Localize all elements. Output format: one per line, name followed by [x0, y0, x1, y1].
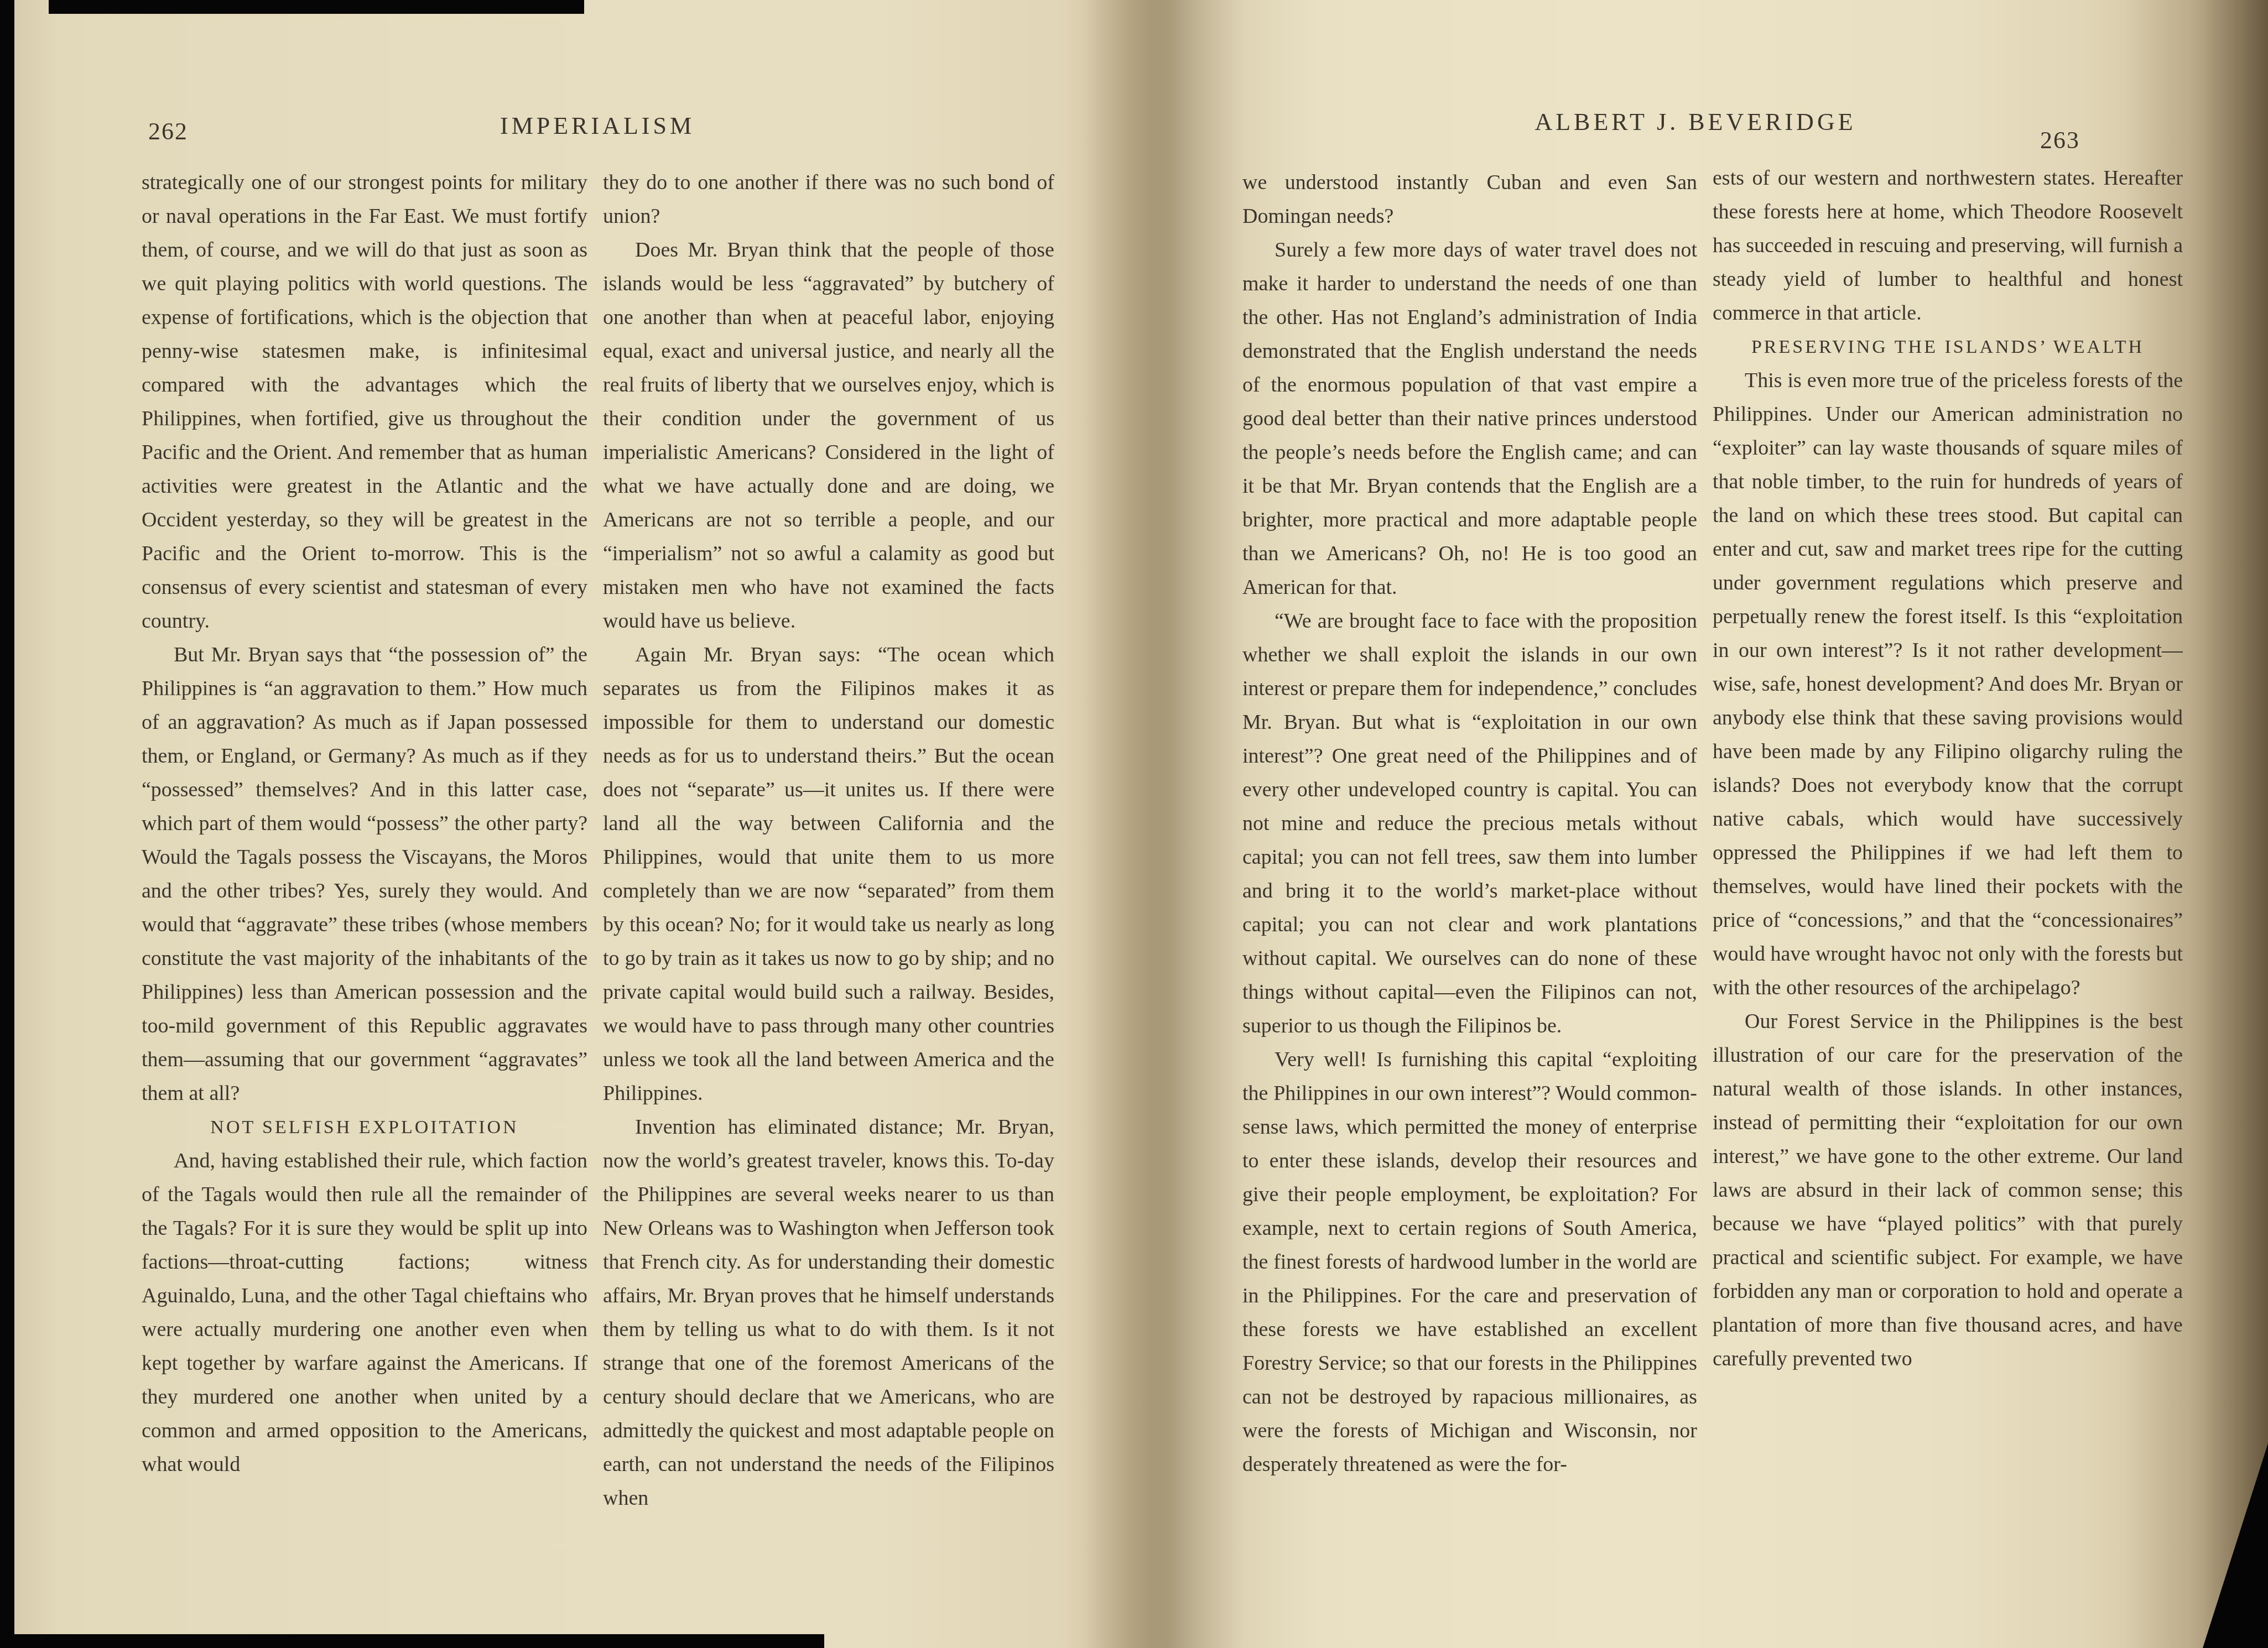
book-scan: 262 IMPERIALISM strategically one of our…: [0, 0, 2268, 1648]
paragraph: Our Forest Service in the Philippines is…: [1713, 1005, 2183, 1376]
paragraph: Does Mr. Bryan think that the people of …: [603, 233, 1054, 638]
paragraph: we understood instantly Cuban and even S…: [1242, 166, 1697, 233]
scan-edge-left: [0, 0, 14, 1648]
section-heading-not-selfish-exploitation: NOT SELFISH EXPLOITATION: [142, 1110, 587, 1144]
paragraph: This is even more true of the priceless …: [1713, 364, 2183, 1005]
right-page-column-2: ests of our western and northwestern sta…: [1713, 161, 2183, 1527]
paragraph: Very well! Is furnishing this capital “e…: [1242, 1043, 1697, 1482]
scan-edge-bottom: [0, 1634, 824, 1648]
right-running-head: ALBERT J. BEVERIDGE: [1242, 108, 2149, 136]
left-page-column-1: strategically one of our strongest point…: [142, 166, 587, 1532]
paragraph: But Mr. Bryan says that “the possession …: [142, 638, 587, 1110]
paragraph: Again Mr. Bryan says: “The ocean which s…: [603, 638, 1054, 1110]
scan-edge-top: [49, 0, 584, 14]
left-page-column-2: they do to one another if there was no s…: [603, 166, 1054, 1532]
paragraph: they do to one another if there was no s…: [603, 166, 1054, 233]
section-heading-preserving-the-islands-wealth: PRESERVING THE ISLANDS’ WEALTH: [1713, 330, 2183, 364]
scan-corner-wedge: [2203, 1443, 2268, 1648]
paragraph: Surely a few more days of water travel d…: [1242, 233, 1697, 604]
left-running-head: IMPERIALISM: [141, 112, 1054, 140]
paragraph: Invention has eliminated distance; Mr. B…: [603, 1110, 1054, 1515]
paragraph: ests of our western and northwestern sta…: [1713, 161, 2183, 330]
right-page-number: 263: [2040, 126, 2080, 154]
paragraph: And, having established their rule, whic…: [142, 1144, 587, 1482]
paragraph: strategically one of our strongest point…: [142, 166, 587, 638]
gutter-shadow: [1084, 0, 1245, 1648]
right-page-column-1: we understood instantly Cuban and even S…: [1242, 166, 1697, 1532]
paragraph: “We are brought face to face with the pr…: [1242, 604, 1697, 1043]
